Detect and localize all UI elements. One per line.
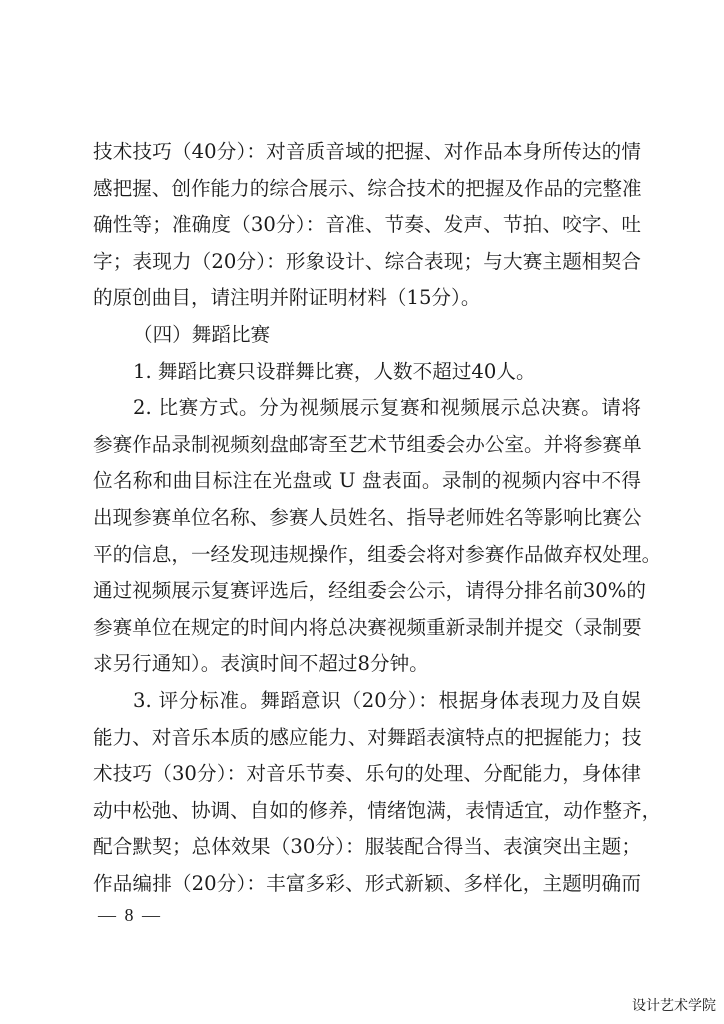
text-line: 感把握、创作能力的综合展示、综合技术的把握及作品的完整准 [93,171,641,208]
list-item: 2. 比赛方式。分为视频展示复赛和视频展示总决赛。请将 [93,390,641,427]
document-body: 技术技巧（40分）：对音质音域的把握、对作品本身所传达的情 感把握、创作能力的综… [93,134,641,902]
page-number: — 8 — [98,905,162,926]
text-line: 配合默契；总体效果（30分）：服装配合得当、表演突出主题； [93,829,641,866]
list-item: 1. 舞蹈比赛只设群舞比赛，人数不超过40人。 [93,354,641,391]
text-line: 动中松弛、协调、自如的修养，情绪饱满，表情适宜，动作整齐， [93,793,641,830]
text-line: 术技巧（30分）：对音乐节奏、乐句的处理、分配能力，身体律 [93,756,641,793]
text-line: 出现参赛单位名称、参赛人员姓名、指导老师姓名等影响比赛公 [93,500,641,537]
list-item: 3. 评分标准。舞蹈意识（20分）：根据身体表现力及自娱 [93,683,641,720]
watermark: 设计艺术学院 [632,995,716,1015]
text-line: 参赛单位在规定的时间内将总决赛视频重新录制并提交（录制要 [93,610,641,647]
text-line: 求另行通知）。表演时间不超过8分钟。 [93,646,641,683]
section-heading: （四）舞蹈比赛 [93,317,641,354]
text-line: 的原创曲目，请注明并附证明材料（15分）。 [93,280,641,317]
text-line: 字；表现力（20分）：形象设计、综合表现；与大赛主题相契合 [93,244,641,281]
text-line: 参赛作品录制视频刻盘邮寄至艺术节组委会办公室。并将参赛单 [93,427,641,464]
text-line: 确性等；准确度（30分）：音准、节奏、发声、节拍、咬字、吐 [93,207,641,244]
text-line: 平的信息，一经发现违规操作，组委会将对参赛作品做弃权处理。 [93,537,641,574]
text-line: 位名称和曲目标注在光盘或 U 盘表面。录制的视频内容中不得 [93,463,641,500]
text-line: 技术技巧（40分）：对音质音域的把握、对作品本身所传达的情 [93,134,641,171]
text-line: 通过视频展示复赛评选后，经组委会公示，请得分排名前30%的 [93,573,641,610]
text-line: 作品编排（20分）：丰富多彩、形式新颖、多样化，主题明确而 [93,866,641,903]
text-line: 能力、对音乐本质的感应能力、对舞蹈表演特点的把握能力；技 [93,720,641,757]
